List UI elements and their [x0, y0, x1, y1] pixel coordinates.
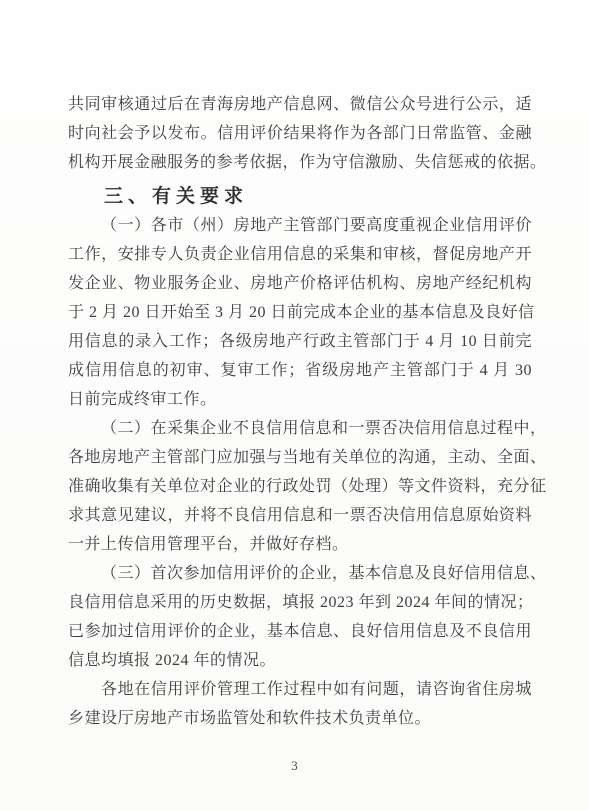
text-line: 乡建设厅房地产市场监管处和软件技术负责单位。	[68, 704, 532, 733]
text-line: 用信息的录入工作；各级房地产行政主管部门于 4 月 10 日前完	[68, 327, 532, 356]
text-line: 信息均填报 2024 年的情况。	[68, 646, 532, 675]
text-line: 求其意见建议，并将不良信用信息和一票否决信用信息原始资料	[68, 501, 532, 530]
document-text-block: 共同审核通过后在青海房地产信息网、微信公众号进行公示，适 时向社会予以发布。信用…	[68, 90, 532, 733]
text-line: 时向社会予以发布。信用评价结果将作为各部门日常监管、金融	[68, 119, 532, 148]
text-line: 已参加过信用评价的企业，基本信息、良好信用信息及不良信用	[68, 617, 532, 646]
page-number: 3	[0, 758, 589, 774]
section-heading: 三、有关要求	[68, 182, 532, 211]
text-line: （二）在采集企业不良信用信息和一票否决信用信息过程中，	[68, 414, 532, 443]
text-line: 良信用信息采用的历史数据，填报 2023 年到 2024 年间的情况；	[68, 588, 532, 617]
document-page: 共同审核通过后在青海房地产信息网、微信公众号进行公示，适 时向社会予以发布。信用…	[0, 0, 589, 810]
text-line: （三）首次参加信用评价的企业，基本信息及良好信用信息、	[68, 559, 532, 588]
text-line: 日前完成终审工作。	[68, 385, 532, 414]
text-line: 各地在信用评价管理工作过程中如有问题，请咨询省住房城	[68, 675, 532, 704]
text-line: 各地房地产主管部门应加强与当地有关单位的沟通，主动、全面、	[68, 443, 532, 472]
text-line: 于 2 月 20 日开始至 3 月 20 日前完成本企业的基本信息及良好信	[68, 298, 532, 327]
text-line: 工作，安排专人负责企业信用信息的采集和审核，督促房地产开	[68, 240, 532, 269]
text-line: 一并上传信用管理平台，并做好存档。	[68, 530, 532, 559]
text-line: 机构开展金融服务的参考依据，作为守信激励、失信惩戒的依据。	[68, 148, 532, 177]
text-line: 准确收集有关单位对企业的行政处罚（处理）等文件资料，充分征	[68, 472, 532, 501]
text-line: 成信用信息的初审、复审工作；省级房地产主管部门于 4 月 30	[68, 356, 532, 385]
text-line: （一）各市（州）房地产主管部门要高度重视企业信用评价	[68, 211, 532, 240]
text-line: 发企业、物业服务企业、房地产价格评估机构、房地产经纪机构	[68, 269, 532, 298]
text-line: 共同审核通过后在青海房地产信息网、微信公众号进行公示，适	[68, 90, 532, 119]
